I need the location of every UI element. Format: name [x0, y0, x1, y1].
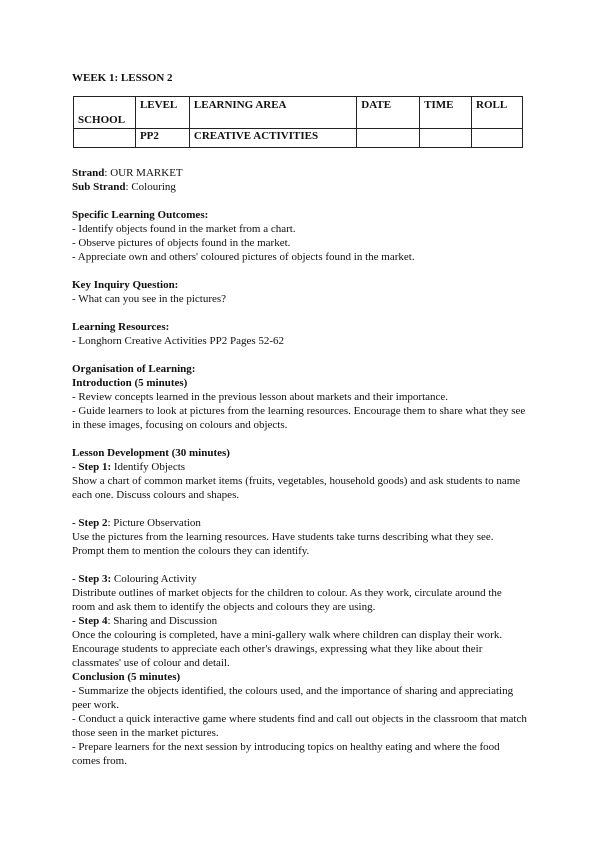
step-3-text: Distribute outlines of market objects fo…: [72, 586, 527, 614]
step-2-text: Use the pictures from the learning resou…: [72, 530, 527, 558]
introduction-heading: Introduction (5 minutes): [72, 376, 527, 390]
conclusion-item: - Summarize the objects identified, the …: [72, 684, 527, 712]
lesson-info-table: SCHOOL LEVEL LEARNING AREA DATE TIME ROL…: [73, 96, 523, 148]
header-roll: ROLL: [472, 97, 523, 129]
step-2-title: - Step 2: Picture Observation: [72, 516, 527, 530]
outcome-item: - Appreciate own and others' coloured pi…: [72, 250, 527, 264]
cell-time: [420, 129, 472, 148]
cell-school: [74, 129, 136, 148]
organisation-heading: Organisation of Learning:: [72, 362, 527, 376]
outcomes-heading: Specific Learning Outcomes:: [72, 208, 527, 222]
header-time: TIME: [420, 97, 472, 129]
cell-date: [357, 129, 420, 148]
intro-item: - Guide learners to look at pictures fro…: [72, 404, 527, 432]
intro-item: - Review concepts learned in the previou…: [72, 390, 527, 404]
step-4-text: Once the colouring is completed, have a …: [72, 628, 527, 670]
cell-level: PP2: [135, 129, 189, 148]
step-1-title: - Step 1: Identify Objects: [72, 460, 527, 474]
step-1-text: Show a chart of common market items (fru…: [72, 474, 527, 502]
strand-line: Strand: OUR MARKET: [72, 166, 527, 180]
cell-learning-area: CREATIVE ACTIVITIES: [189, 129, 356, 148]
sub-strand-line: Sub Strand: Colouring: [72, 180, 527, 194]
cell-roll: [472, 129, 523, 148]
header-level: LEVEL: [135, 97, 189, 129]
inquiry-heading: Key Inquiry Question:: [72, 278, 527, 292]
header-school: SCHOOL: [74, 97, 136, 129]
outcome-item: - Identify objects found in the market f…: [72, 222, 527, 236]
development-heading: Lesson Development (30 minutes): [72, 446, 527, 460]
header-learning-area: LEARNING AREA: [189, 97, 356, 129]
resources-heading: Learning Resources:: [72, 320, 527, 334]
step-4-title: - Step 4: Sharing and Discussion: [72, 614, 527, 628]
resource-item: - Longhorn Creative Activities PP2 Pages…: [72, 334, 527, 348]
conclusion-item: - Prepare learners for the next session …: [72, 740, 527, 768]
conclusion-heading: Conclusion (5 minutes): [72, 670, 527, 684]
conclusion-item: - Conduct a quick interactive game where…: [72, 712, 527, 740]
lesson-body: Strand: OUR MARKET Sub Strand: Colouring…: [72, 166, 527, 768]
step-3-title: - Step 3: Colouring Activity: [72, 572, 527, 586]
header-date: DATE: [357, 97, 420, 129]
lesson-title: WEEK 1: LESSON 2: [72, 71, 173, 85]
outcome-item: - Observe pictures of objects found in t…: [72, 236, 527, 250]
inquiry-item: - What can you see in the pictures?: [72, 292, 527, 306]
